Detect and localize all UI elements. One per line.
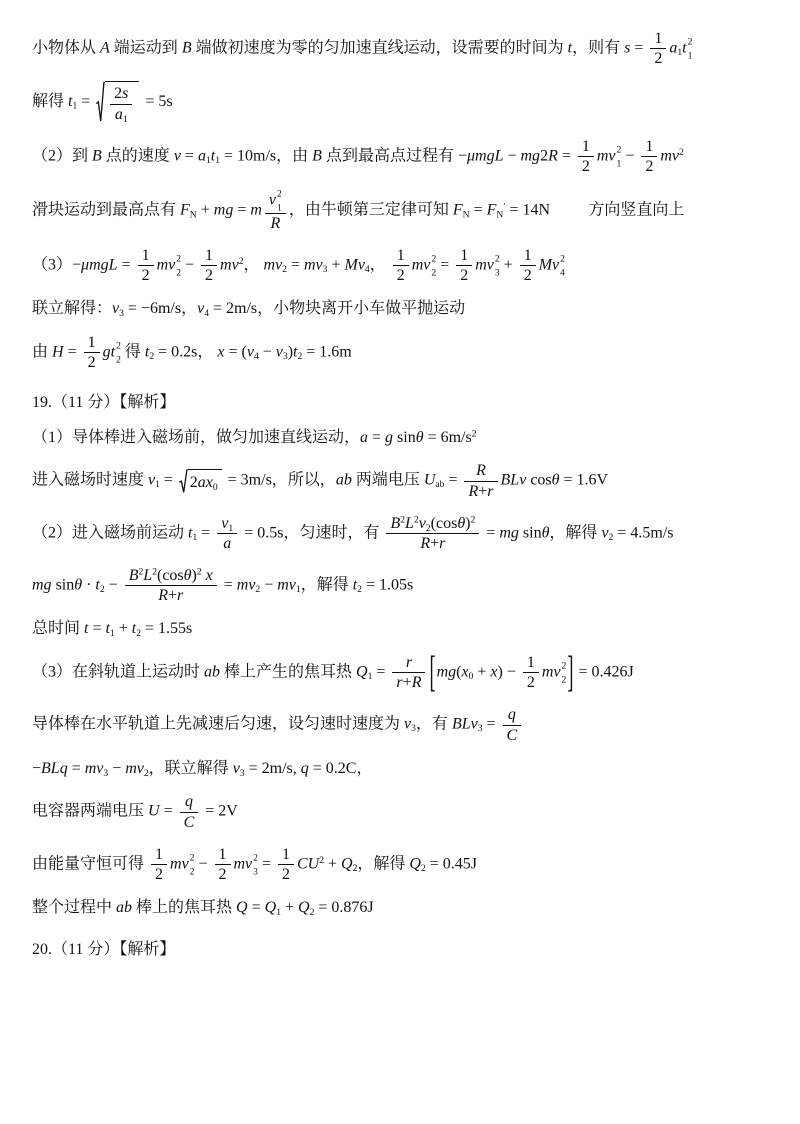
- math-run: −: [32, 760, 41, 777]
- math-run: 2: [527, 674, 535, 691]
- line-uniform-acceleration: 小物体从 A 端运动到 B 端做初速度为零的匀加速直线运动，设需要的时间为 t，…: [32, 29, 770, 68]
- math-fraction: 12: [520, 246, 536, 285]
- math-run: θ: [552, 472, 560, 489]
- math-run: A: [100, 39, 110, 56]
- text-run: ，: [244, 256, 264, 273]
- text-run: （3）: [32, 256, 72, 273]
- math-run: 2: [397, 267, 405, 284]
- math-run: Q: [341, 855, 353, 872]
- math-run: 2: [645, 158, 653, 175]
- math-run: B: [390, 515, 400, 532]
- math-run: =: [470, 202, 487, 219]
- text-run: 整个过程中: [32, 899, 116, 916]
- math-run: Q: [298, 899, 310, 916]
- math-run: =: [558, 147, 575, 164]
- math-run: = 1.6m: [302, 343, 351, 360]
- document-page: 小物体从 A 端运动到 B 端做初速度为零的匀加速直线运动，设需要的时间为 t，…: [0, 0, 800, 1124]
- math-run: v: [276, 343, 283, 360]
- math-run: −: [621, 147, 638, 164]
- math-run: BLq: [41, 760, 68, 777]
- math-run: R: [270, 215, 280, 232]
- line-19-3-energy: 由能量守恒可得 12mv22 − 12mv23 = 12CU2 + Q2，解得 …: [32, 845, 770, 884]
- math-run: H: [52, 343, 64, 360]
- math-subscript: 0: [213, 482, 218, 493]
- line-19-3-joule-heat: （3）在斜轨道上运动时 ab 棒上产生的焦耳热 Q1 = rr+R[mg(x0 …: [32, 653, 770, 692]
- text-run: 小物体从: [32, 39, 100, 56]
- question-20-heading: 20.（11 分）【解析】: [32, 939, 770, 961]
- math-scripts: 21: [688, 37, 693, 61]
- math-scripts: 22: [431, 254, 436, 278]
- math-run: 2: [524, 267, 532, 284]
- math-run: = 1.55s: [141, 620, 192, 637]
- math-run: =: [630, 39, 647, 56]
- math-run: =: [372, 663, 389, 680]
- math-run: mv: [304, 256, 323, 273]
- math-run: 2: [88, 354, 96, 371]
- math-run: 1: [582, 138, 590, 155]
- math-run: θ: [457, 515, 465, 532]
- text-run: ，: [356, 760, 372, 777]
- math-run: (cos: [157, 567, 184, 584]
- math-run: L: [405, 515, 414, 532]
- math-run: +: [281, 899, 298, 916]
- math-run: = 5s: [141, 93, 172, 110]
- text-run: ，: [197, 343, 217, 360]
- text-run: 滑块运动到最高点有: [32, 202, 180, 219]
- math-run: Mv: [344, 256, 364, 273]
- math-run: 2: [282, 866, 290, 883]
- math-run: = 0.2s: [154, 343, 197, 360]
- math-run: = −6m/s: [124, 300, 181, 317]
- math-run: 1: [654, 30, 662, 47]
- math-run: = 0.5s: [240, 524, 283, 541]
- math-fraction: 12: [523, 653, 539, 692]
- math-run: Q: [236, 899, 248, 916]
- math-run: BLv: [501, 472, 527, 489]
- line-19-3-total-heat: 整个过程中 ab 棒上的焦耳热 Q = Q1 + Q2 = 0.876J: [32, 897, 770, 919]
- math-run: B: [182, 39, 192, 56]
- math-run: = 3m/s: [224, 472, 272, 489]
- math-run: mv: [264, 256, 283, 273]
- math-run: 2: [582, 158, 590, 175]
- math-run: mg: [521, 147, 541, 164]
- math-run: θ: [416, 429, 424, 446]
- math-run: =: [436, 256, 453, 273]
- math-run: mv: [475, 256, 494, 273]
- line-19-1-acceleration: （1）导体棒进入磁场前，做匀加速直线运动，a = g sinθ = 6m/s2: [32, 427, 770, 449]
- math-run: 2: [205, 267, 213, 284]
- math-fraction: RR+r: [464, 461, 497, 500]
- math-run: 1: [219, 846, 227, 863]
- math-run: =: [68, 760, 85, 777]
- line-normal-force: 滑块运动到最高点有 FN + mg = mv21R，由牛顿第三定律可知 FN =…: [32, 189, 770, 233]
- math-fraction: 12: [641, 137, 657, 176]
- math-run: −: [260, 576, 277, 593]
- math-fraction: 12: [84, 333, 100, 372]
- math-run: sin: [52, 576, 75, 593]
- math-run: m: [250, 202, 262, 219]
- math-run: =: [197, 524, 214, 541]
- math-run: =: [181, 147, 198, 164]
- math-run: a: [198, 147, 206, 164]
- text-run: 点到最高点过程有: [322, 147, 458, 164]
- math-fraction: qC: [180, 792, 199, 831]
- math-fraction: rr+R: [392, 653, 425, 692]
- math-run: −: [503, 147, 520, 164]
- math-run: gt: [103, 343, 115, 360]
- math-fraction: 12: [578, 137, 594, 176]
- math-run: sin: [519, 524, 542, 541]
- math-run: mv: [412, 256, 431, 273]
- math-run: v: [247, 343, 254, 360]
- text-run: 端做初速度为零的匀加速直线运动，设需要的时间为: [192, 39, 568, 56]
- line-solve-v3-v4: 联立解得：v3 = −6m/s，v4 = 2m/s，小物块离开小车做平抛运动: [32, 298, 770, 320]
- math-fraction: 2sa1: [110, 84, 132, 123]
- math-run: −: [105, 576, 122, 593]
- math-run: 2: [460, 267, 468, 284]
- line-19-1-voltage: 进入磁场时速度 v1 = 2ax0 = 3m/s，所以，ab 两端电压 Uab …: [32, 461, 770, 500]
- math-fraction: v21R: [265, 189, 286, 233]
- math-fraction: 12: [278, 845, 294, 884]
- math-run: ax: [198, 474, 213, 491]
- math-run: = 0.45J: [426, 855, 477, 872]
- math-fraction: 12: [393, 246, 409, 285]
- math-run: = 10m/s: [220, 147, 276, 164]
- math-run: cos: [526, 472, 551, 489]
- line-projectile: 由 H = 12gt22 得 t2 = 0.2s， x = (v4 − v3)t…: [32, 333, 770, 372]
- math-run: mv: [85, 760, 104, 777]
- math-run: mg: [32, 576, 52, 593]
- math-run: −: [458, 147, 467, 164]
- math-bracket: [: [428, 644, 436, 702]
- math-run: = 2m/s,: [245, 760, 301, 777]
- math-run: mv: [170, 855, 189, 872]
- math-run: ab: [116, 899, 132, 916]
- math-fraction: 12: [138, 246, 154, 285]
- math-run: +: [473, 663, 490, 680]
- math-fraction: v1a: [217, 514, 237, 553]
- math-run: g: [385, 429, 393, 446]
- math-run: = 1.05s: [362, 576, 413, 593]
- math-fraction: 12: [201, 246, 217, 285]
- math-run: x: [206, 567, 213, 584]
- math-run: 2: [190, 474, 198, 491]
- math-run: mv: [157, 256, 176, 273]
- math-run: = 2m/s: [209, 300, 257, 317]
- math-run: mv: [277, 576, 296, 593]
- math-run: −: [259, 343, 276, 360]
- math-run: mv: [660, 147, 679, 164]
- math-run: x: [217, 343, 224, 360]
- math-run: mv: [542, 663, 561, 680]
- math-run: sin: [393, 429, 416, 446]
- line-19-2-uniform-speed: （2）进入磁场前运动 t1 = v1a = 0.5s，匀速时，有 B2L2v2(…: [32, 514, 770, 553]
- math-run: = 0.876J: [314, 899, 373, 916]
- math-run: R: [412, 674, 422, 691]
- text-run: 进入磁场时速度: [32, 472, 148, 489]
- math-run: F: [487, 202, 497, 219]
- math-run: =: [482, 524, 499, 541]
- question-19-heading: 19.（11 分）【解析】: [32, 392, 770, 414]
- math-run: U: [424, 472, 436, 489]
- text-run: ，则有: [572, 39, 624, 56]
- math-run: +: [168, 587, 177, 604]
- math-fraction: 12: [151, 845, 167, 884]
- math-run: =: [77, 93, 94, 110]
- text-run: 端运动到: [110, 39, 182, 56]
- math-run: 1: [645, 138, 653, 155]
- math-run: =: [220, 576, 237, 593]
- math-run: 1: [205, 247, 213, 264]
- math-scripts: 21: [617, 145, 622, 169]
- text-run: ，解得: [357, 855, 409, 872]
- text-run: 两端电压: [352, 472, 424, 489]
- math-run: mv: [125, 760, 144, 777]
- math-run: (cos: [431, 515, 458, 532]
- math-run: =: [258, 855, 275, 872]
- math-run: Q: [409, 855, 421, 872]
- text-run: ，由牛顿第三定律可知: [289, 202, 453, 219]
- math-run: = 6m/s: [424, 429, 472, 446]
- math-run: mg: [437, 663, 457, 680]
- math-run: 1: [155, 846, 163, 863]
- math-run: +: [430, 535, 439, 552]
- math-fraction: 12: [650, 29, 666, 68]
- math-run: =: [287, 256, 304, 273]
- math-run: a: [223, 535, 231, 552]
- text-run: （1）导体棒进入磁场前，做匀加速直线运动，: [32, 429, 360, 446]
- math-run: mg: [214, 202, 234, 219]
- math-run: = 1.6V: [560, 472, 609, 489]
- math-run: C: [184, 814, 195, 831]
- math-run: F: [453, 202, 463, 219]
- math-run: 1: [282, 846, 290, 863]
- math-run: mv: [597, 147, 616, 164]
- math-run: 2: [654, 50, 662, 67]
- math-run: R: [548, 147, 558, 164]
- text-run: 导体棒在水平轨道上先减速后匀速，设匀速时速度为: [32, 716, 404, 733]
- math-scripts: 23: [495, 254, 500, 278]
- math-run: 2: [219, 866, 227, 883]
- math-run: 1: [460, 247, 468, 264]
- math-run: R: [476, 462, 486, 479]
- math-run: R: [420, 535, 430, 552]
- math-run: q: [185, 793, 193, 810]
- math-run: θ: [74, 576, 82, 593]
- math-subscript: N: [190, 210, 197, 221]
- math-superscript: 2: [679, 147, 684, 158]
- math-run: μmgL: [81, 256, 117, 273]
- math-run: Mv: [539, 256, 559, 273]
- math-run: +: [500, 256, 517, 273]
- math-run: x: [461, 663, 468, 680]
- math-run: +: [403, 674, 412, 691]
- text-run: （2）进入磁场前运动: [32, 524, 188, 541]
- math-run: q: [508, 706, 516, 723]
- text-run: ，: [181, 300, 197, 317]
- math-superscript: 2: [197, 567, 202, 578]
- math-run: mv: [234, 855, 253, 872]
- math-run: −: [108, 760, 125, 777]
- math-run: mg: [499, 524, 519, 541]
- math-run: =: [64, 343, 81, 360]
- math-run: =: [160, 803, 177, 820]
- text-run: 19.（11 分）【解析】: [32, 394, 175, 411]
- math-fraction: B2L2(cosθ)2 xR+r: [125, 566, 217, 605]
- math-run: r: [177, 587, 183, 604]
- text-run: ，有: [416, 716, 452, 733]
- math-run: = 14N: [505, 202, 550, 219]
- math-run: ) −: [498, 663, 520, 680]
- math-run: C: [507, 727, 518, 744]
- math-run: =: [248, 899, 265, 916]
- math-run: 1: [524, 247, 532, 264]
- text-run: ，小物块离开小车做平抛运动: [257, 300, 465, 317]
- math-subscript: N: [463, 210, 470, 221]
- math-run: 1: [142, 247, 150, 264]
- math-run: = 4.5m/s: [613, 524, 673, 541]
- math-radical: 2ax0: [179, 469, 222, 494]
- math-run: 2: [114, 85, 122, 102]
- text-run: ，由: [276, 147, 312, 164]
- math-run: q: [301, 760, 309, 777]
- document-body: 小物体从 A 端运动到 B 端做初速度为零的匀加速直线运动，设需要的时间为 t，…: [32, 29, 770, 960]
- text-run: 20.（11 分）【解析】: [32, 941, 175, 958]
- math-subscript: 1: [123, 113, 128, 124]
- text-run: ，联立解得: [149, 760, 233, 777]
- line-part3-energy-momentum: （3）−μmgL = 12mv22 − 12mv2， mv2 = mv3 + M…: [32, 246, 770, 285]
- math-run: R: [468, 483, 478, 500]
- math-run: −: [72, 256, 81, 273]
- math-run: +: [197, 202, 214, 219]
- math-run: r: [439, 535, 445, 552]
- math-superscript: 2: [471, 514, 476, 525]
- math-fraction: 12: [456, 246, 472, 285]
- line-19-3-voltage: 电容器两端电压 U = qC = 2V: [32, 792, 770, 831]
- math-run: +: [115, 620, 132, 637]
- math-run: +: [327, 256, 344, 273]
- math-run: =: [88, 620, 105, 637]
- math-run: v: [419, 515, 426, 532]
- math-scripts: 23: [253, 853, 258, 877]
- text-run: 电容器两端电压: [32, 803, 148, 820]
- math-bracket: ]: [566, 644, 574, 702]
- line-19-2-impulse: mg sinθ · t2 − B2L2(cosθ)2 xR+r = mv2 − …: [32, 566, 770, 605]
- math-run: v: [601, 524, 608, 541]
- math-run: L: [143, 567, 152, 584]
- math-run: BLv: [452, 716, 478, 733]
- math-run: = 2V: [201, 803, 238, 820]
- math-scripts: 22: [116, 341, 121, 365]
- math-run: v: [233, 760, 240, 777]
- line-19-total-time: 总时间 t = t1 + t2 = 1.55s: [32, 618, 770, 640]
- math-run: r: [487, 483, 493, 500]
- math-scripts: 22: [190, 853, 195, 877]
- math-run: a: [115, 106, 123, 123]
- text-run: ，匀速时，有: [283, 524, 383, 541]
- math-run: B: [92, 147, 102, 164]
- text-run: ，解得: [301, 576, 353, 593]
- line-solve-t1: 解得 t1 = 2sa1 = 5s: [32, 81, 770, 123]
- text-run: 联立解得：: [32, 300, 112, 317]
- math-run: Q: [265, 899, 277, 916]
- math-run: =: [368, 429, 385, 446]
- math-scripts: 22: [176, 254, 181, 278]
- math-run: = (: [225, 343, 247, 360]
- math-run: F: [180, 202, 190, 219]
- text-run: 棒上产生的焦耳热: [220, 663, 356, 680]
- math-run: ·: [82, 576, 95, 593]
- math-run: R: [158, 587, 168, 604]
- math-scripts: 24: [560, 254, 565, 278]
- math-fraction: B2L2v2(cosθ)2R+r: [386, 514, 479, 553]
- math-run: 1: [527, 654, 535, 671]
- math-run: = 0.2C: [309, 760, 357, 777]
- math-scripts: 21: [277, 190, 282, 214]
- text-run: （3）在斜轨道上运动时: [32, 663, 204, 680]
- math-run: ab: [336, 472, 352, 489]
- math-run: +: [478, 483, 487, 500]
- math-run: Q: [356, 663, 368, 680]
- text-run: ，所以，: [272, 472, 336, 489]
- math-fraction: qC: [503, 705, 522, 744]
- math-run: 2: [142, 267, 150, 284]
- text-run: 点的速度: [102, 147, 174, 164]
- math-run: +: [324, 855, 341, 872]
- math-run: a: [360, 429, 368, 446]
- text-run: 由: [32, 343, 52, 360]
- text-run: ，: [370, 256, 390, 273]
- text-run: （2）到: [32, 147, 92, 164]
- math-run: v: [174, 147, 181, 164]
- text-run: 棒上的焦耳热: [132, 899, 236, 916]
- math-run: mv: [220, 256, 239, 273]
- math-run: −: [194, 855, 211, 872]
- math-run: =: [483, 716, 500, 733]
- math-run: =: [444, 472, 461, 489]
- math-run: 2: [155, 866, 163, 883]
- line-part2-velocity-B: （2）到 B 点的速度 v = a1t1 = 10m/s，由 B 点到最高点过程…: [32, 137, 770, 176]
- math-run: mv: [237, 576, 256, 593]
- text-run: 方向竖直向上: [588, 202, 684, 219]
- math-run: CU: [297, 855, 319, 872]
- math-run: μmgL: [467, 147, 503, 164]
- math-superscript: 2: [472, 428, 477, 439]
- math-run: r: [406, 654, 412, 671]
- math-run: B: [312, 147, 322, 164]
- math-radical: 2sa1: [96, 81, 139, 123]
- math-run: s: [122, 85, 128, 102]
- text-run: 总时间: [32, 620, 84, 637]
- text-run: ，解得: [549, 524, 601, 541]
- text-run: 得: [121, 343, 145, 360]
- math-run: t: [682, 39, 686, 56]
- math-run: U: [148, 803, 160, 820]
- math-run: =: [160, 472, 177, 489]
- text-run: 由能量守恒可得: [32, 855, 148, 872]
- math-run: θ: [184, 567, 192, 584]
- math-run: = 0.426J: [574, 663, 633, 680]
- math-run: −: [181, 256, 198, 273]
- line-19-3-capacitor: 导体棒在水平轨道上先减速后匀速，设匀速时速度为 v3，有 BLv3 = qC: [32, 705, 770, 744]
- math-run: x: [490, 663, 497, 680]
- math-run: =: [118, 256, 135, 273]
- math-run: v: [269, 192, 276, 209]
- text-run: 解得: [32, 93, 68, 110]
- math-fraction: 12: [215, 845, 231, 884]
- math-run: ab: [204, 663, 220, 680]
- line-19-3-charge: −BLq = mv3 − mv2，联立解得 v3 = 2m/s, q = 0.2…: [32, 758, 770, 780]
